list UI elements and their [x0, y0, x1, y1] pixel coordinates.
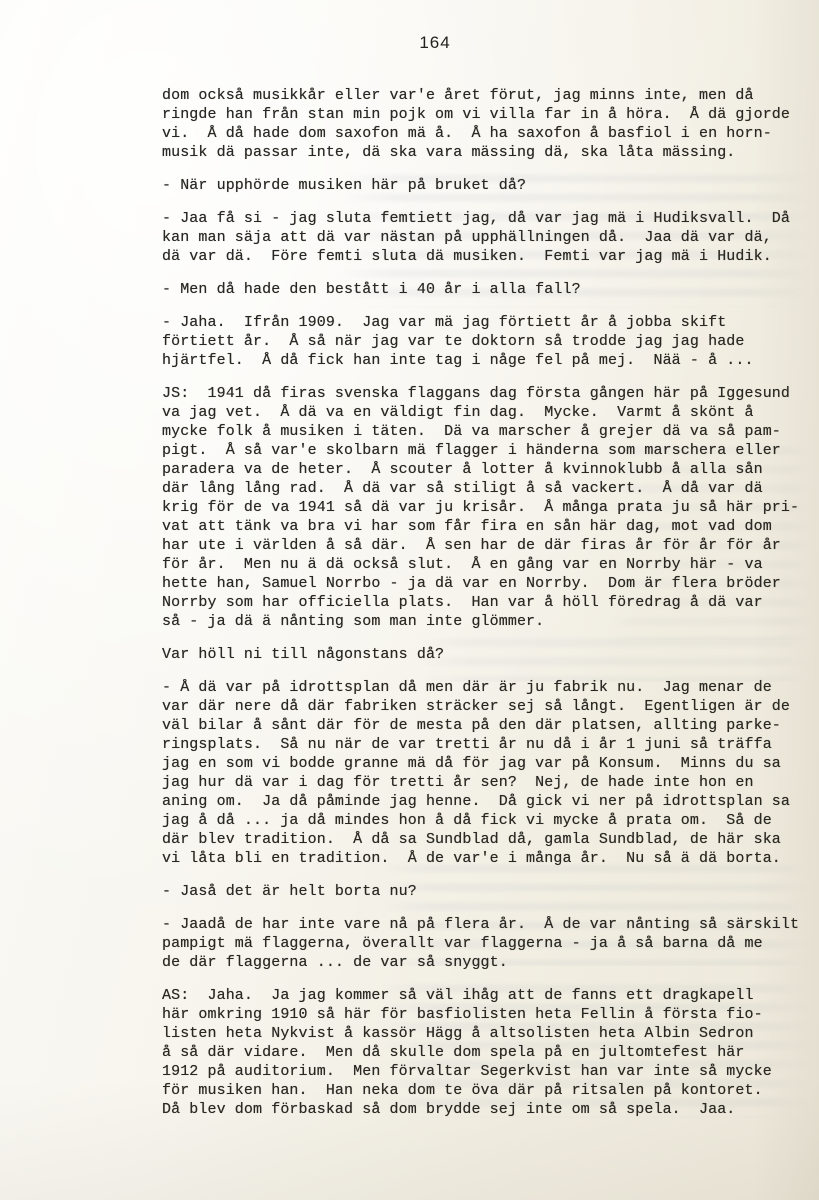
paragraph-js-flag-day: JS: 1941 då firas svenska flaggans dag f…	[162, 384, 810, 631]
page-number: 164	[0, 33, 819, 53]
question-forty-years: - Men då hade den bestått i 40 år i alla…	[162, 280, 810, 299]
scanned-page: 164 dom också musikkår eller var'e året …	[0, 0, 819, 1200]
transcript-body: dom också musikkår eller var'e året föru…	[162, 86, 810, 1133]
question-all-gone: - Jaså det är helt borta nu?	[162, 882, 810, 901]
question-where-held: Var höll ni till någonstans då?	[162, 645, 810, 664]
answer-idrottsplan: - Å dä var på idrottsplan då men där är …	[162, 678, 810, 868]
paragraph-horn-music: dom också musikkår eller var'e året föru…	[162, 86, 810, 162]
paragraph-as-dragkapell: AS: Jaha. Ja jag kommer så väl ihåg att …	[162, 986, 810, 1119]
answer-since-1909: - Jaha. Ifrån 1909. Jag var mä jag förti…	[162, 313, 810, 370]
answer-flags: - Jaadå de har inte vare nå på flera år.…	[162, 915, 810, 972]
question-when-music-ended: - När upphörde musiken här på bruket då?	[162, 176, 810, 195]
answer-hudiksvall: - Jaa få si - jag sluta femtiett jag, då…	[162, 209, 810, 266]
